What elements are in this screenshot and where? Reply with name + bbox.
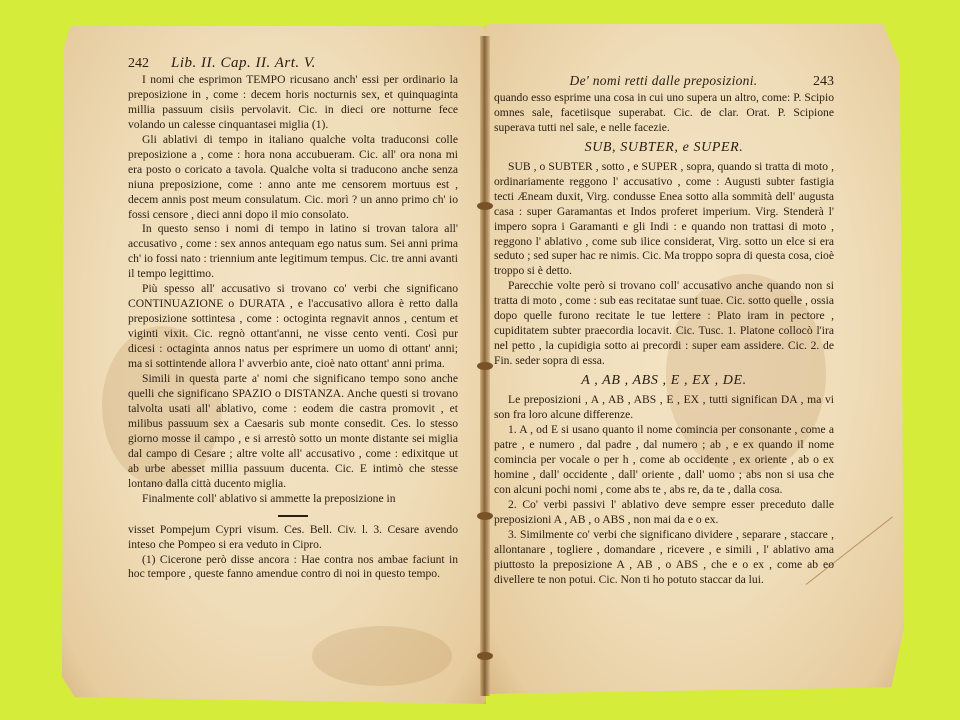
page-number: 242 xyxy=(128,57,149,72)
binding-stitch xyxy=(477,202,493,210)
paragraph: 2. Co' verbi passivi l' ablativo deve se… xyxy=(494,498,834,528)
paragraph: 3. Similmente co' verbi che significano … xyxy=(494,528,834,588)
section-heading: SUB, SUBTER, e SUPER. xyxy=(494,141,834,156)
paragraph: 1. A , od E si usano quanto il nome comi… xyxy=(494,423,834,498)
right-running-header: De' nomi retti dalle preposizioni. 243 xyxy=(494,74,834,90)
left-page: 242 Lib. II. Cap. II. Art. V. I nomi che… xyxy=(62,26,486,704)
running-head: Lib. II. Cap. II. Art. V. xyxy=(171,56,458,71)
paragraph: Le preposizioni , A , AB , ABS , E , EX … xyxy=(494,393,834,423)
left-page-text: 242 Lib. II. Cap. II. Art. V. I nomi che… xyxy=(128,56,458,582)
right-page: De' nomi retti dalle preposizioni. 243 q… xyxy=(486,24,904,694)
paragraph: quando esso esprime una cosa in cui uno … xyxy=(494,91,834,136)
section-heading: A , AB , ABS , E , EX , DE. xyxy=(494,374,834,389)
left-running-header: 242 Lib. II. Cap. II. Art. V. xyxy=(128,56,458,72)
right-page-text: De' nomi retti dalle preposizioni. 243 q… xyxy=(494,74,834,587)
binding-stitch xyxy=(477,512,493,520)
running-head: De' nomi retti dalle preposizioni. xyxy=(494,74,803,89)
paragraph: SUB , o SUBTER , sotto , e SUPER , sopra… xyxy=(494,160,834,280)
paragraph: Simili in questa parte a' nomi che signi… xyxy=(128,372,458,492)
paragraph: Gli ablativi di tempo in italiano qualch… xyxy=(128,133,458,223)
binding-stitch xyxy=(477,652,493,660)
page-number: 243 xyxy=(813,75,834,90)
paragraph: I nomi che esprimon TEMPO ricusano anch'… xyxy=(128,73,458,133)
paragraph: Più spesso all' accusativo si trovano co… xyxy=(128,282,458,372)
open-book: 242 Lib. II. Cap. II. Art. V. I nomi che… xyxy=(60,22,920,712)
paragraph: In questo senso i nomi di tempo in latin… xyxy=(128,222,458,282)
paper-stain xyxy=(312,626,452,686)
footnote-divider xyxy=(278,515,308,517)
binding-stitch xyxy=(477,362,493,370)
paragraph: Parecchie volte però si trovano coll' ac… xyxy=(494,279,834,369)
footnote-continuation: visset Pompejum Cypri visum. Ces. Bell. … xyxy=(128,523,458,553)
paragraph: Finalmente coll' ablativo si ammette la … xyxy=(128,492,458,507)
footnote: (1) Cicerone però disse ancora : Hae con… xyxy=(128,553,458,583)
